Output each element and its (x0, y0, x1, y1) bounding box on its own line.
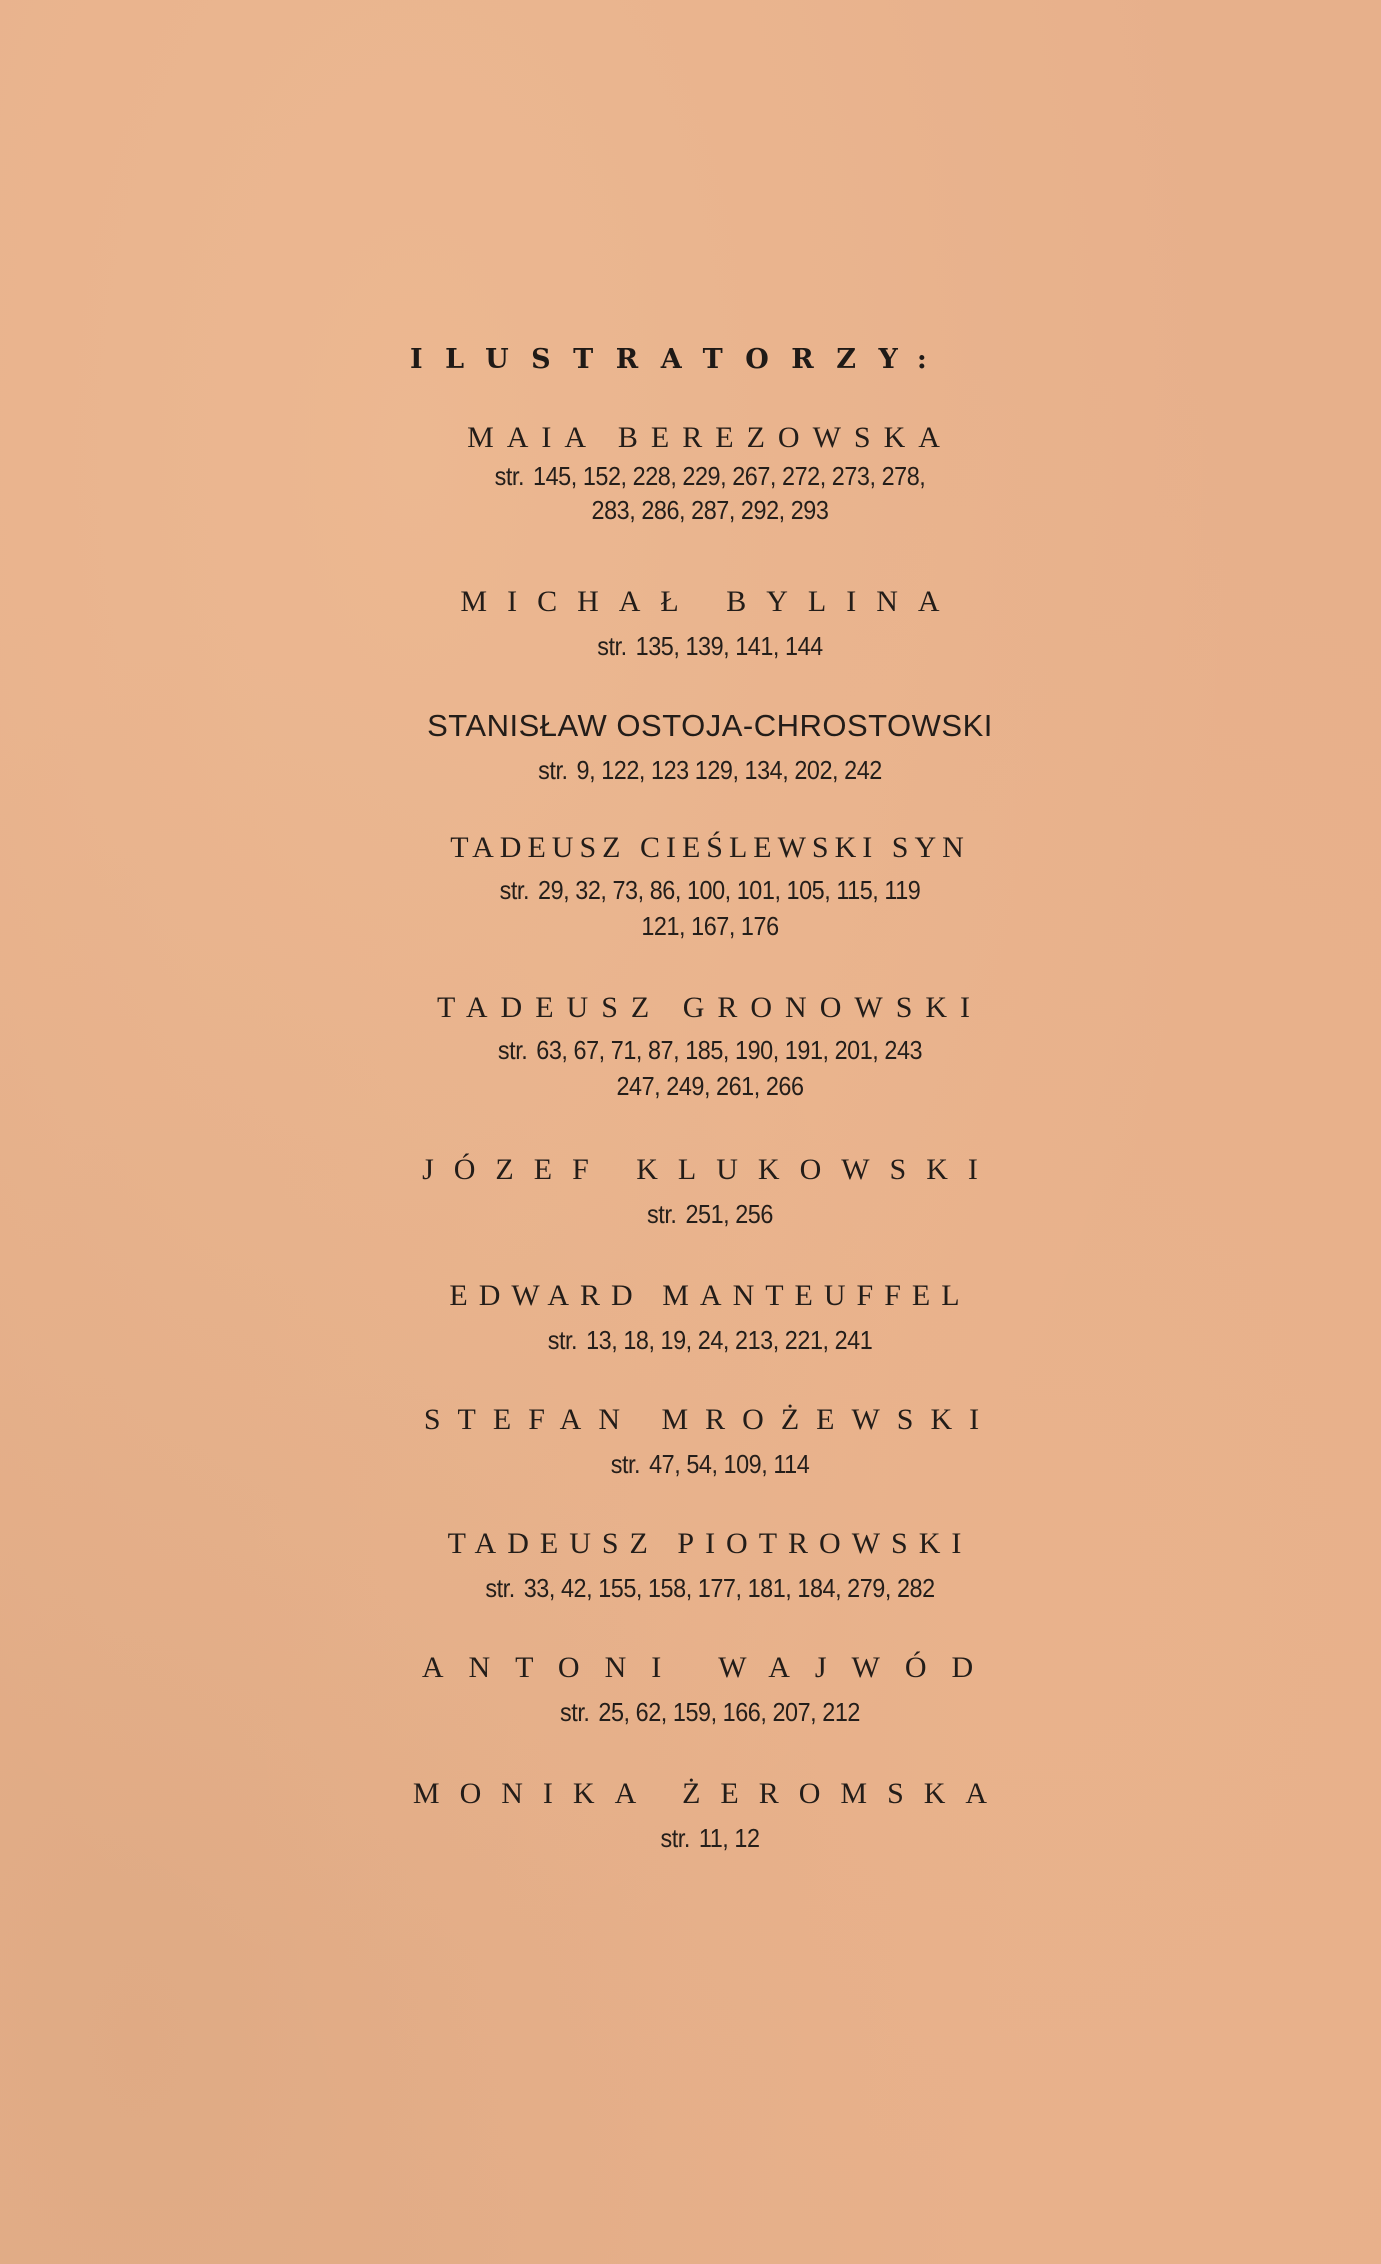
illustrator-entry: MICHAŁ BYLINA str.135, 139, 141, 144 (400, 584, 1020, 666)
page-list-continued: 283, 286, 287, 292, 293 (431, 490, 989, 530)
page-label: str. (647, 1199, 676, 1229)
page-list: str.9, 122, 123 129, 134, 202, 242 (431, 750, 989, 790)
illustrator-entry: MAIA BEREZOWSKA str.145, 152, 228, 229, … (400, 420, 1020, 530)
page-list: str.25, 62, 159, 166, 207, 212 (431, 1692, 989, 1732)
page-list: str.47, 54, 109, 114 (431, 1444, 989, 1484)
page-label: str. (538, 755, 567, 785)
page-list: str.33, 42, 155, 158, 177, 181, 184, 279… (431, 1568, 989, 1608)
illustrator-entry: STANISŁAW OSTOJA-CHROSTOWSKI str.9, 122,… (400, 708, 1020, 790)
illustrator-name: JÓZEF KLUKOWSKI (400, 1152, 1020, 1188)
illustrator-name: TADEUSZ PIOTROWSKI (400, 1526, 1020, 1562)
page-numbers: 145, 152, 228, 229, 267, 272, 273, 278, (533, 461, 925, 491)
illustrator-entry: MONIKA ŻEROMSKA str.11, 12 (400, 1776, 1020, 1858)
page-list: str.13, 18, 19, 24, 213, 221, 241 (431, 1320, 989, 1360)
illustrator-entry: ANTONI WAJWÓD str.25, 62, 159, 166, 207,… (400, 1650, 1020, 1732)
page-label: str. (597, 631, 626, 661)
page-numbers: 33, 42, 155, 158, 177, 181, 184, 279, 28… (524, 1573, 935, 1603)
illustrator-name: ANTONI WAJWÓD (400, 1650, 1020, 1686)
page-numbers: 251, 256 (685, 1199, 772, 1229)
page-numbers: 29, 32, 73, 86, 100, 101, 105, 115, 119 (538, 875, 920, 905)
page-title: ILUSTRATORZY: (410, 344, 949, 375)
page-numbers: 11, 12 (699, 1823, 760, 1853)
page-list: str.251, 256 (431, 1194, 989, 1234)
page-label: str. (498, 1035, 527, 1065)
illustrator-entry: TADEUSZ PIOTROWSKI str.33, 42, 155, 158,… (400, 1526, 1020, 1608)
page-list: str.63, 67, 71, 87, 185, 190, 191, 201, … (431, 1030, 989, 1070)
page-list: str.11, 12 (431, 1818, 989, 1858)
page-numbers: 135, 139, 141, 144 (636, 631, 823, 661)
book-page: ILUSTRATORZY: MAIA BEREZOWSKA str.145, 1… (0, 0, 1381, 2264)
page-numbers: 13, 18, 19, 24, 213, 221, 241 (586, 1325, 872, 1355)
illustrator-name: TADEUSZ CIEŚLEWSKI SYN (400, 830, 1020, 866)
page-label: str. (548, 1325, 577, 1355)
page-label: str. (495, 461, 524, 491)
illustrator-name: EDWARD MANTEUFFEL (400, 1278, 1020, 1314)
page-label: str. (660, 1823, 689, 1853)
illustrator-entry: JÓZEF KLUKOWSKI str.251, 256 (400, 1152, 1020, 1234)
page-list: str.135, 139, 141, 144 (431, 626, 989, 666)
page-list: str.29, 32, 73, 86, 100, 101, 105, 115, … (431, 870, 989, 910)
page-numbers: 47, 54, 109, 114 (649, 1449, 809, 1479)
page-list-continued: 247, 249, 261, 266 (431, 1066, 989, 1106)
illustrator-entry: TADEUSZ CIEŚLEWSKI SYN str.29, 32, 73, 8… (400, 830, 1020, 946)
illustrator-entry: STEFAN MROŻEWSKI str.47, 54, 109, 114 (400, 1402, 1020, 1484)
illustrator-name: STEFAN MROŻEWSKI (400, 1402, 1020, 1438)
page-numbers: 63, 67, 71, 87, 185, 190, 191, 201, 243 (536, 1035, 922, 1065)
illustrator-name: STANISŁAW OSTOJA-CHROSTOWSKI (400, 708, 1020, 744)
page-numbers: 9, 122, 123 129, 134, 202, 242 (577, 755, 882, 785)
page-list-continued: 121, 167, 176 (431, 906, 989, 946)
illustrator-entry: EDWARD MANTEUFFEL str.13, 18, 19, 24, 21… (400, 1278, 1020, 1360)
illustrator-name: MAIA BEREZOWSKA (400, 420, 1020, 456)
page-label: str. (560, 1697, 589, 1727)
illustrator-name: MICHAŁ BYLINA (400, 584, 1020, 620)
illustrator-entry: TADEUSZ GRONOWSKI str.63, 67, 71, 87, 18… (400, 990, 1020, 1106)
page-label: str. (485, 1573, 514, 1603)
illustrator-name: MONIKA ŻEROMSKA (400, 1776, 1020, 1812)
page-numbers: 25, 62, 159, 166, 207, 212 (598, 1697, 860, 1727)
page-label: str. (611, 1449, 640, 1479)
illustrator-name: TADEUSZ GRONOWSKI (400, 990, 1020, 1026)
page-label: str. (500, 875, 529, 905)
